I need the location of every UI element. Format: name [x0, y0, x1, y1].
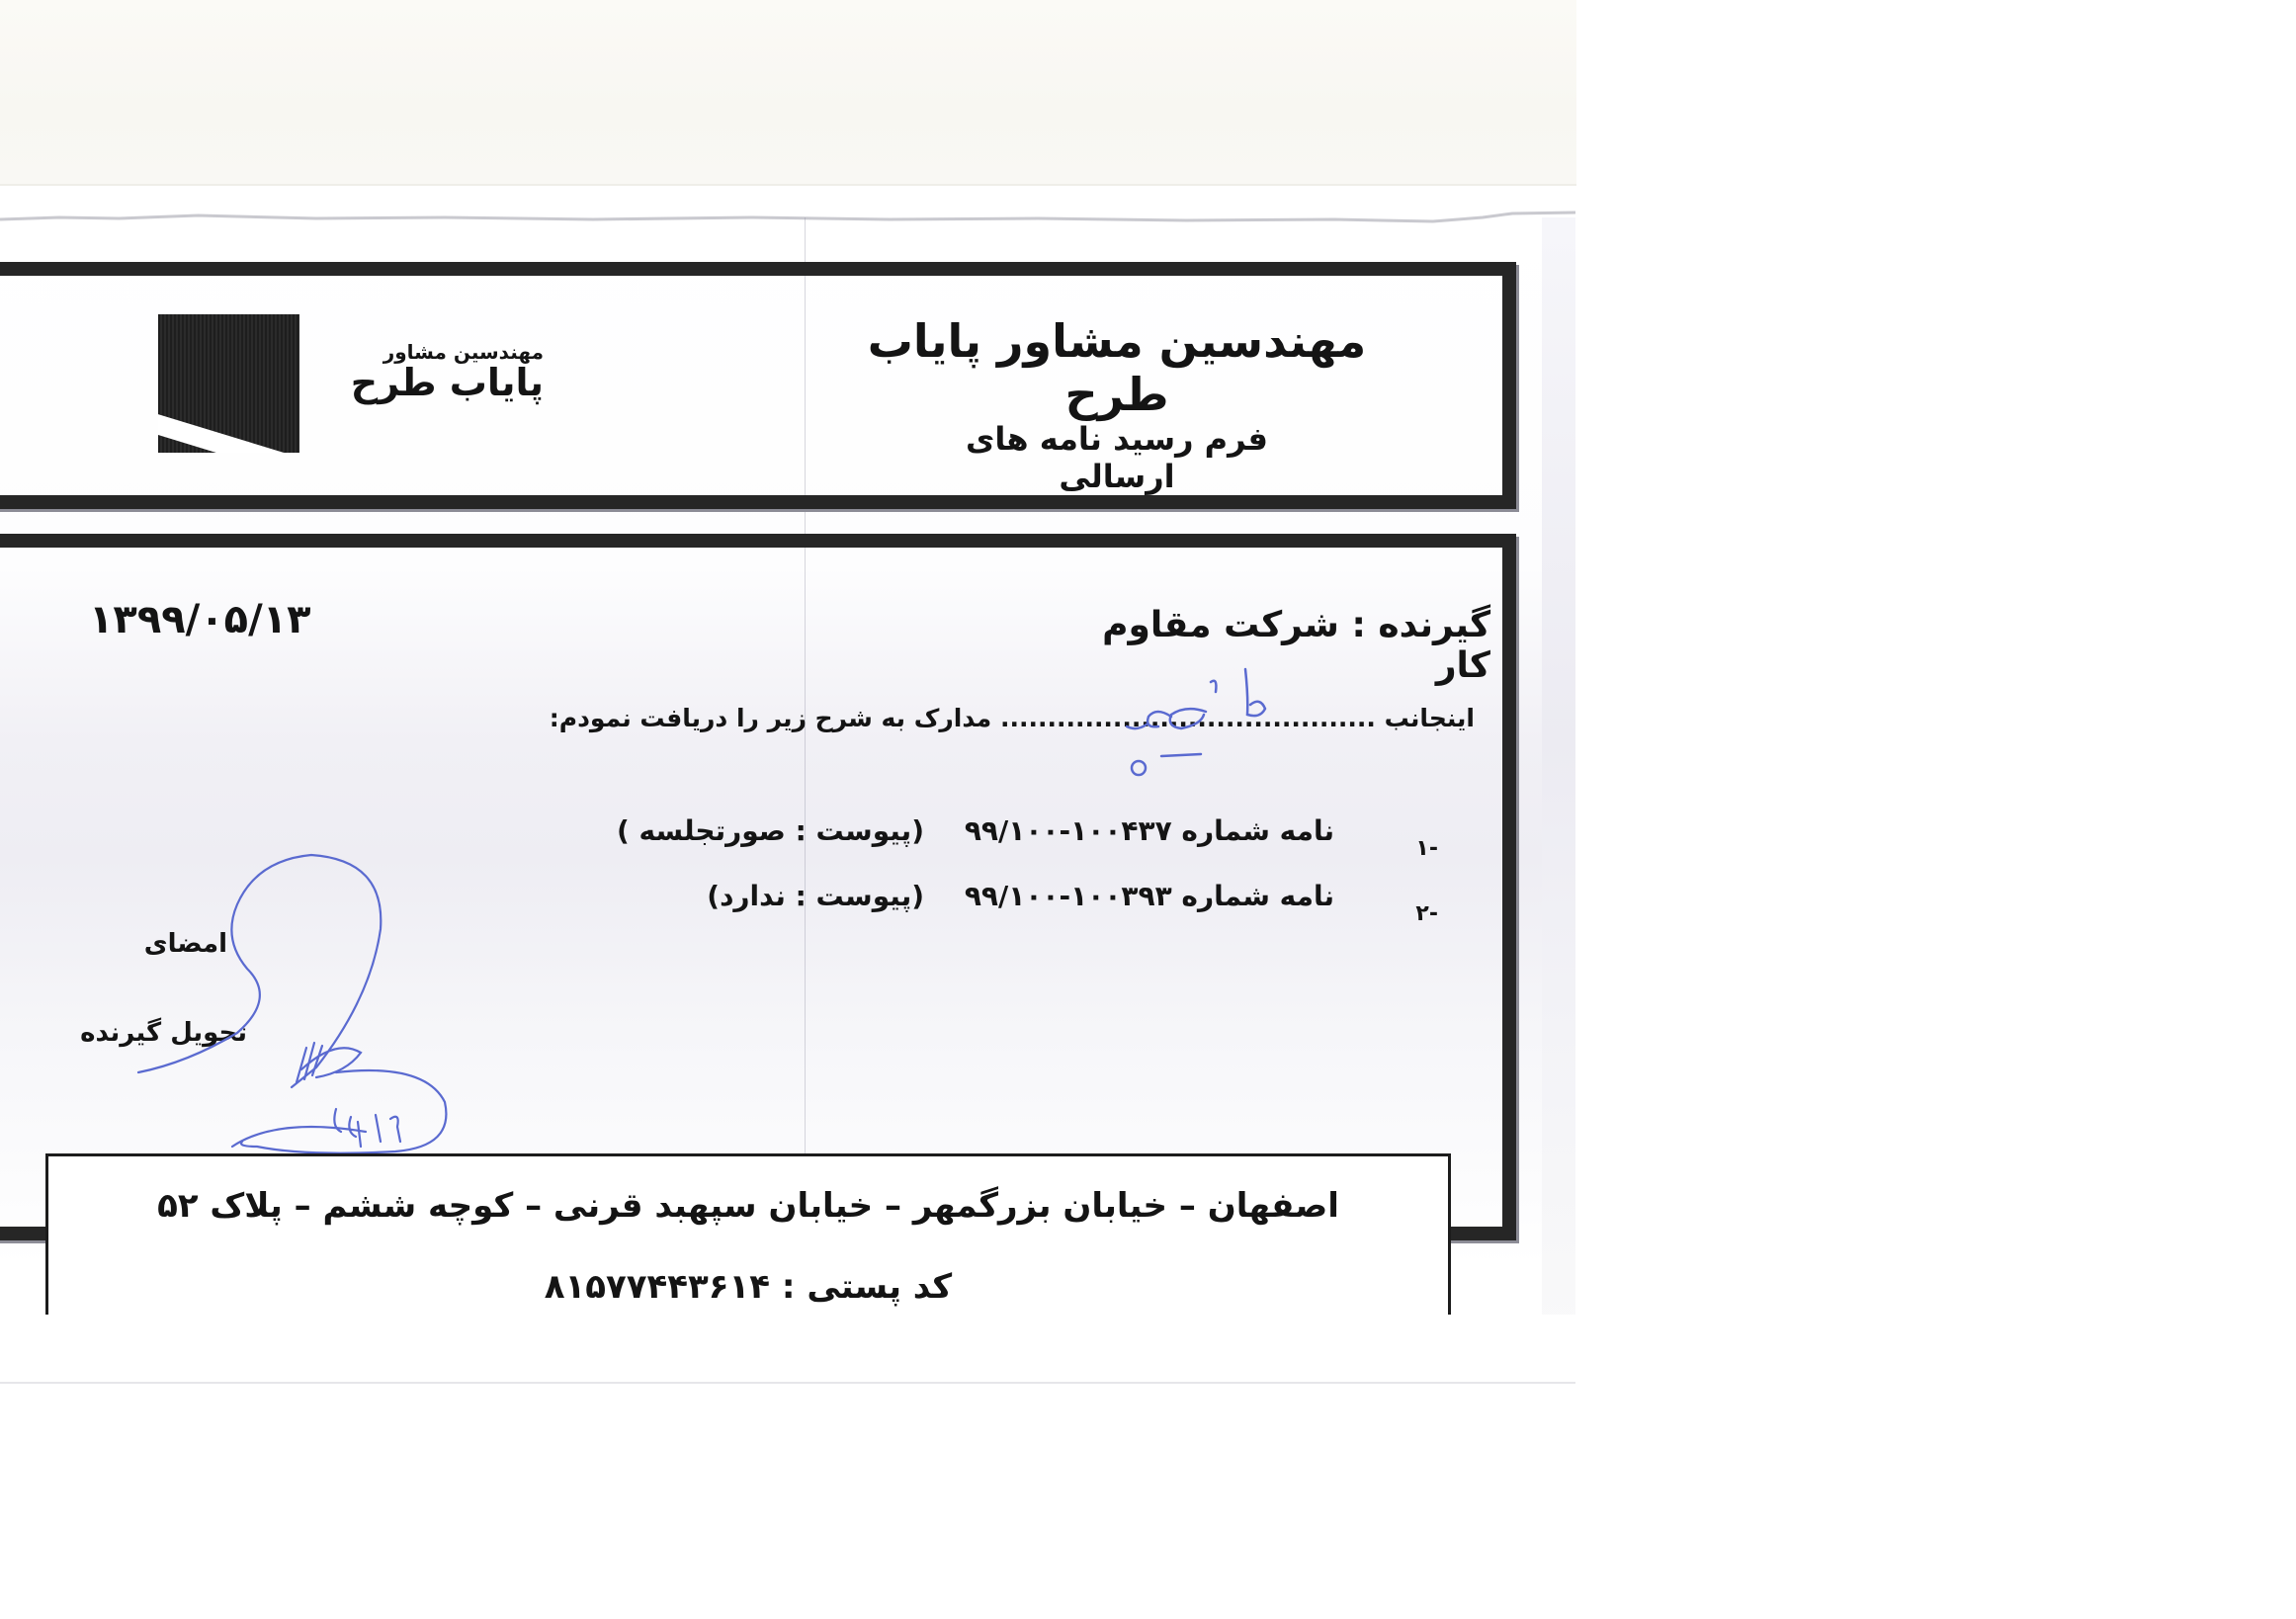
attachment-note: (پیوست : صورتجلسه ) — [617, 814, 924, 847]
item-index: -۲ — [1415, 901, 1438, 926]
logo-wordmark: مهندسین مشاور پایاب طرح — [316, 341, 544, 402]
handwritten-signature — [128, 850, 494, 1176]
logo-large-text: پایاب طرح — [316, 363, 544, 402]
handwritten-name — [1087, 657, 1285, 815]
letter-number: نامه شماره ۱۰۰۴۳۷-۹۹/۱۰۰ — [965, 814, 1334, 847]
document-date: ۱۳۹۹/۰۵/۱۳ — [89, 597, 306, 642]
declaration-line: اینجانب ................................… — [514, 704, 1475, 732]
declaration-suffix: مدارک به شرح زیر را دریافت نمودم: — [550, 704, 992, 732]
address-box: اصفهان – خیابان بزرگمهر – خیابان سپهبد ق… — [45, 1153, 1451, 1315]
paper-right-margin — [1542, 217, 1575, 1379]
logo-stripe — [158, 408, 299, 453]
letter-item-2: -۲ نامه شماره ۱۰۰۳۹۳-۹۹/۱۰۰ (پیوست : ندا… — [692, 880, 1483, 929]
company-title: مهندسین مشاور پایاب طرح — [840, 314, 1394, 421]
letter-number: نامه شماره ۱۰۰۳۹۳-۹۹/۱۰۰ — [965, 880, 1334, 912]
item-index: -۱ — [1415, 836, 1438, 861]
attachment-note: (پیوست : ندارد) — [707, 880, 924, 912]
form-subtitle: فرم رسید نامه های ارسالی — [919, 420, 1315, 495]
declaration-prefix: اینجانب — [1385, 704, 1475, 732]
torn-paper-edge — [0, 210, 1575, 223]
logo-small-text: مهندسین مشاور — [316, 341, 544, 363]
company-address: اصفهان – خیابان بزرگمهر – خیابان سپهبد ق… — [48, 1186, 1448, 1226]
logo-mark-icon — [158, 314, 299, 453]
postal-code: کد پستی : ۸۱۵۷۷۴۴۳۶۱۴ — [48, 1267, 1448, 1307]
letter-item-1: -۱ نامه شماره ۱۰۰۴۳۷-۹۹/۱۰۰ (پیوست : صور… — [692, 814, 1483, 864]
paper-lower-margin — [0, 1315, 1575, 1380]
scanner-background-band — [0, 0, 1576, 186]
